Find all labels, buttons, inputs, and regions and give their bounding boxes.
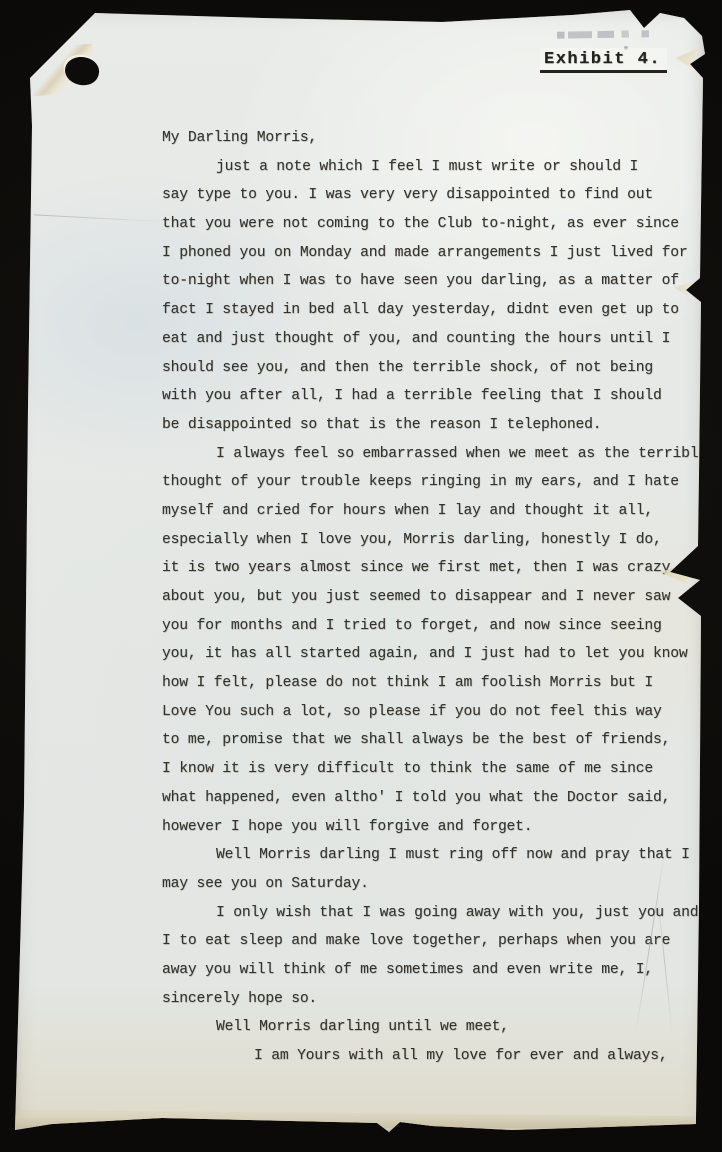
letter-line: should see you, and then the terrible sh…: [162, 354, 707, 383]
letter-line: about you, but you just seemed to disapp…: [162, 583, 707, 612]
letter-line: Love You such a lot, so please if you do…: [162, 698, 707, 727]
letter-line: I know it is very difficult to think the…: [162, 755, 707, 784]
letter-line: I to eat sleep and make love together, p…: [162, 927, 707, 956]
letter-line: you for months and I tried to forget, an…: [162, 612, 707, 641]
scanned-letter-screenshot: { "document": { "exhibit_label": "Exhibi…: [0, 0, 722, 1152]
letter-line: what happened, even altho' I told you wh…: [162, 784, 707, 813]
letter-line: My Darling Morris,: [162, 124, 707, 153]
letter-line: I only wish that I was going away with y…: [162, 899, 707, 928]
letter-line: that you were not coming to the Club to-…: [162, 210, 707, 239]
letter-line: say type to you. I was very very disappo…: [162, 181, 707, 210]
letter-line: you, it has all started again, and I jus…: [162, 640, 707, 669]
letter-line: with you after all, I had a terrible fee…: [162, 382, 707, 411]
letter-line: away you will think of me sometimes and …: [162, 956, 707, 985]
letter-line: Well Morris darling I must ring off now …: [162, 841, 707, 870]
letter-line: especially when I love you, Morris darli…: [162, 526, 707, 555]
exhibit-label: Exhibit 4.: [540, 48, 667, 73]
letter-body: My Darling Morris,just a note which I fe…: [162, 124, 707, 1071]
letter-page: Exhibit 4. My Darling Morris,just a note…: [12, 6, 706, 1138]
letter-line: just a note which I feel I must write or…: [162, 153, 707, 182]
letter-line: I always feel so embarrassed when we mee…: [162, 440, 707, 469]
letter-line: to-night when I was to have seen you dar…: [162, 267, 707, 296]
letter-line: I phoned you on Monday and made arrangem…: [162, 239, 707, 268]
letter-line: I am Yours with all my love for ever and…: [162, 1042, 707, 1071]
pencil-annotation: [557, 30, 649, 39]
letter-line: fact I stayed in bed all day yesterday, …: [162, 296, 707, 325]
letter-line: may see you on Saturday.: [162, 870, 707, 899]
letter-line: eat and just thought of you, and countin…: [162, 325, 707, 354]
letter-line: be disappointed so that is the reason I …: [162, 411, 707, 440]
letter-line: it is two years almost since we first me…: [162, 554, 707, 583]
letter-line: myself and cried for hours when I lay an…: [162, 497, 707, 526]
letter-line: to me, promise that we shall always be t…: [162, 726, 707, 755]
letter-line: how I felt, please do not think I am foo…: [162, 669, 707, 698]
letter-line: Well Morris darling until we meet,: [162, 1013, 707, 1042]
paper-crease: [34, 214, 174, 222]
letter-line: however I hope you will forgive and forg…: [162, 813, 707, 842]
letter-line: sincerely hope so.: [162, 985, 707, 1014]
letter-line: thought of your trouble keeps ringing in…: [162, 468, 707, 497]
